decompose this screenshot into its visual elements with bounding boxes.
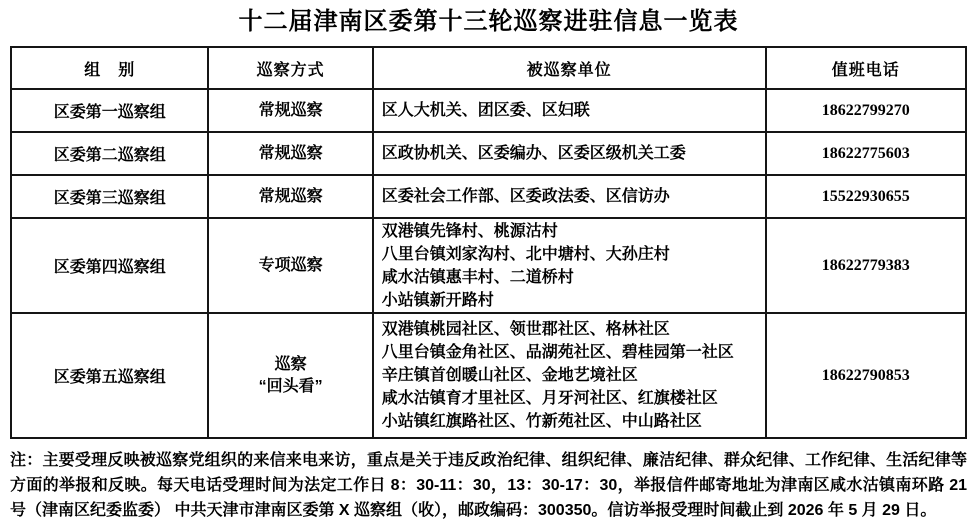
phone-cell: 18622775603 xyxy=(766,132,966,175)
group-cell: 区委第二巡察组 xyxy=(11,132,208,175)
method-cell: 专项巡察 xyxy=(208,218,372,313)
page-title: 十二届津南区委第十三轮巡察进驻信息一览表 xyxy=(0,0,977,43)
table-row: 区委第一巡察组 常规巡察 区人大机关、团区委、区妇联 18622799270 xyxy=(11,89,966,132)
table-row: 区委第四巡察组 专项巡察 双港镇先锋村、桃源沽村 八里台镇刘家沟村、北中塘村、大… xyxy=(11,218,966,313)
method-cell: 巡察 “回头看” xyxy=(208,313,372,438)
group-cell: 区委第四巡察组 xyxy=(11,218,208,313)
units-cell: 区政协机关、区委编办、区委区级机关工委 xyxy=(373,132,766,175)
units-line: 咸水沽镇惠丰村、二道桥村 xyxy=(382,266,761,289)
header-group: 组 别 xyxy=(11,47,208,89)
units-line: 八里台镇刘家沟村、北中塘村、大孙庄村 xyxy=(382,243,761,266)
phone-cell: 18622799270 xyxy=(766,89,966,132)
units-line: 辛庄镇首创暖山社区、金地艺境社区 xyxy=(382,364,761,387)
header-method: 巡察方式 xyxy=(208,47,372,89)
units-line: 双港镇先锋村、桃源沽村 xyxy=(382,220,761,243)
units-line: 小站镇红旗路社区、竹新苑社区、中山路社区 xyxy=(382,410,761,433)
method-cell: 常规巡察 xyxy=(208,132,372,175)
footnote: 注：主要受理反映被巡察党组织的来信来电来访，重点是关于违反政治纪律、组织纪律、廉… xyxy=(10,448,967,523)
units-line: 区人大机关、团区委、区妇联 xyxy=(382,99,761,122)
method-line: 常规巡察 xyxy=(209,100,371,122)
units-cell: 区委社会工作部、区委政法委、区信访办 xyxy=(373,175,766,218)
header-units: 被巡察单位 xyxy=(373,47,766,89)
method-line: “回头看” xyxy=(209,376,371,398)
table-header-row: 组 别 巡察方式 被巡察单位 值班电话 xyxy=(11,47,966,89)
units-line: 区政协机关、区委编办、区委区级机关工委 xyxy=(382,142,761,165)
units-line: 八里台镇金角社区、品湖苑社区、碧桂园第一社区 xyxy=(382,341,761,364)
method-cell: 常规巡察 xyxy=(208,175,372,218)
units-line: 双港镇桃园社区、领世郡社区、格林社区 xyxy=(382,318,761,341)
inspection-info-table: 组 别 巡察方式 被巡察单位 值班电话 区委第一巡察组 常规巡察 区人大机关、团… xyxy=(10,46,967,439)
phone-cell: 18622779383 xyxy=(766,218,966,313)
units-line: 咸水沽镇育才里社区、月牙河社区、红旗楼社区 xyxy=(382,387,761,410)
units-cell: 双港镇先锋村、桃源沽村 八里台镇刘家沟村、北中塘村、大孙庄村 咸水沽镇惠丰村、二… xyxy=(373,218,766,313)
phone-cell: 15522930655 xyxy=(766,175,966,218)
units-cell: 双港镇桃园社区、领世郡社区、格林社区 八里台镇金角社区、品湖苑社区、碧桂园第一社… xyxy=(373,313,766,438)
phone-cell: 18622790853 xyxy=(766,313,966,438)
header-phone: 值班电话 xyxy=(766,47,966,89)
units-cell: 区人大机关、团区委、区妇联 xyxy=(373,89,766,132)
method-line: 常规巡察 xyxy=(209,143,371,165)
units-line: 区委社会工作部、区委政法委、区信访办 xyxy=(382,185,761,208)
group-cell: 区委第一巡察组 xyxy=(11,89,208,132)
units-line: 小站镇新开路村 xyxy=(382,289,761,312)
document-page: 十二届津南区委第十三轮巡察进驻信息一览表 组 别 巡察方式 被巡察单位 值班电话… xyxy=(0,0,977,524)
method-line: 专项巡察 xyxy=(209,255,371,277)
table-row: 区委第三巡察组 常规巡察 区委社会工作部、区委政法委、区信访办 15522930… xyxy=(11,175,966,218)
group-cell: 区委第五巡察组 xyxy=(11,313,208,438)
method-line: 常规巡察 xyxy=(209,186,371,208)
table-row: 区委第二巡察组 常规巡察 区政协机关、区委编办、区委区级机关工委 1862277… xyxy=(11,132,966,175)
method-cell: 常规巡察 xyxy=(208,89,372,132)
method-line: 巡察 xyxy=(209,354,371,376)
group-cell: 区委第三巡察组 xyxy=(11,175,208,218)
table-row: 区委第五巡察组 巡察 “回头看” 双港镇桃园社区、领世郡社区、格林社区 八里台镇… xyxy=(11,313,966,438)
